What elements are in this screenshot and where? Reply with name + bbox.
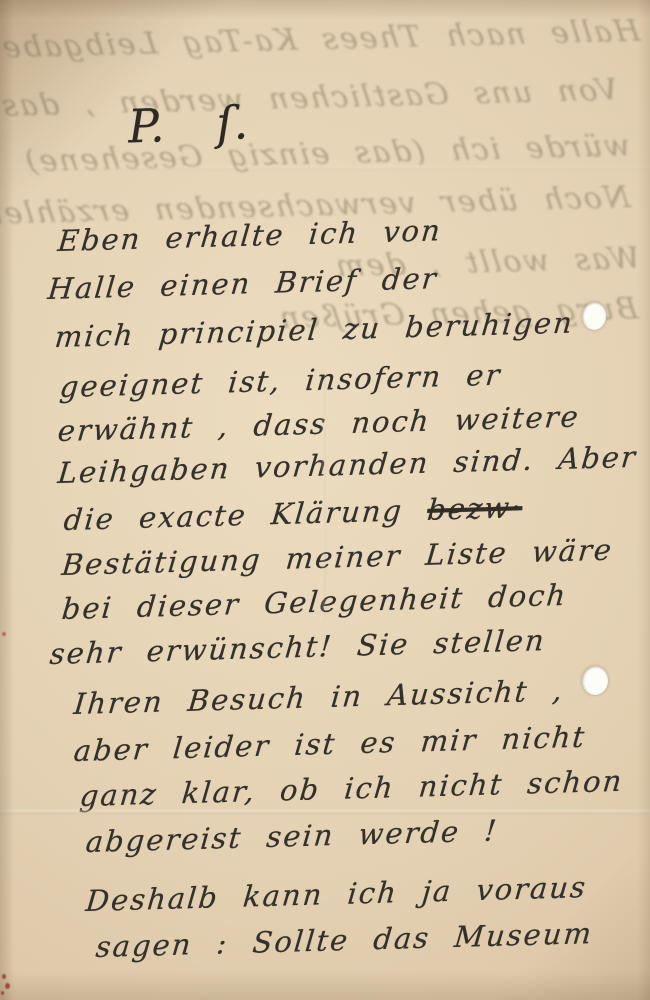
- manuscript-line: mich principiel zu beruhigen: [53, 305, 575, 354]
- manuscript-line: Ihren Besuch in Aussicht ,: [72, 673, 565, 721]
- postscript-heading: P.ſ.: [127, 93, 329, 154]
- postscript-gap: [165, 139, 217, 141]
- manuscript-line: Leihgaben vorhanden sind. Aber: [56, 440, 638, 490]
- postscript-p: P.: [127, 98, 165, 153]
- manuscript-layer: P.ſ. Eben erhalte ich von Halle einen Br…: [0, 0, 650, 1000]
- manuscript-line: erwähnt , dass noch weitere: [56, 399, 581, 448]
- postscript-s: ſ.: [215, 95, 249, 150]
- manuscript-line-text: die exacte Klärung: [62, 493, 429, 537]
- manuscript-line: Bestätigung meiner Liste wäre: [60, 533, 614, 582]
- punch-hole-top: [582, 302, 606, 330]
- letter-page-scan: Halle nach Thees Ka-Tag Leibgabe Von uns…: [0, 0, 650, 1000]
- manuscript-line: aber leider ist es mir nicht: [72, 720, 587, 768]
- struck-word: bezw·: [426, 490, 524, 527]
- manuscript-line: sagen : Sollte das Museum: [94, 916, 594, 964]
- manuscript-line: bei dieser Gelegenheit doch: [60, 578, 568, 626]
- manuscript-line: Deshalb kann ich ja voraus: [84, 870, 588, 918]
- ink-speck: [2, 974, 6, 979]
- ink-speck: [2, 632, 6, 636]
- manuscript-line: ganz klar, ob ich nicht schon: [78, 764, 625, 813]
- punch-hole-bottom: [582, 666, 608, 695]
- manuscript-line: sehr erwünscht! Sie stellen: [48, 623, 547, 671]
- manuscript-line: die exacte Klärung bezw·: [62, 490, 524, 537]
- manuscript-line: Halle einen Brief der: [46, 261, 439, 306]
- manuscript-line: geeignet ist, insofern er: [58, 358, 503, 404]
- ink-speck: [1, 991, 4, 995]
- manuscript-line: Eben erhalte ich von: [56, 213, 443, 258]
- ink-speck: [5, 983, 10, 989]
- manuscript-line: abgereist sein werde !: [84, 813, 499, 859]
